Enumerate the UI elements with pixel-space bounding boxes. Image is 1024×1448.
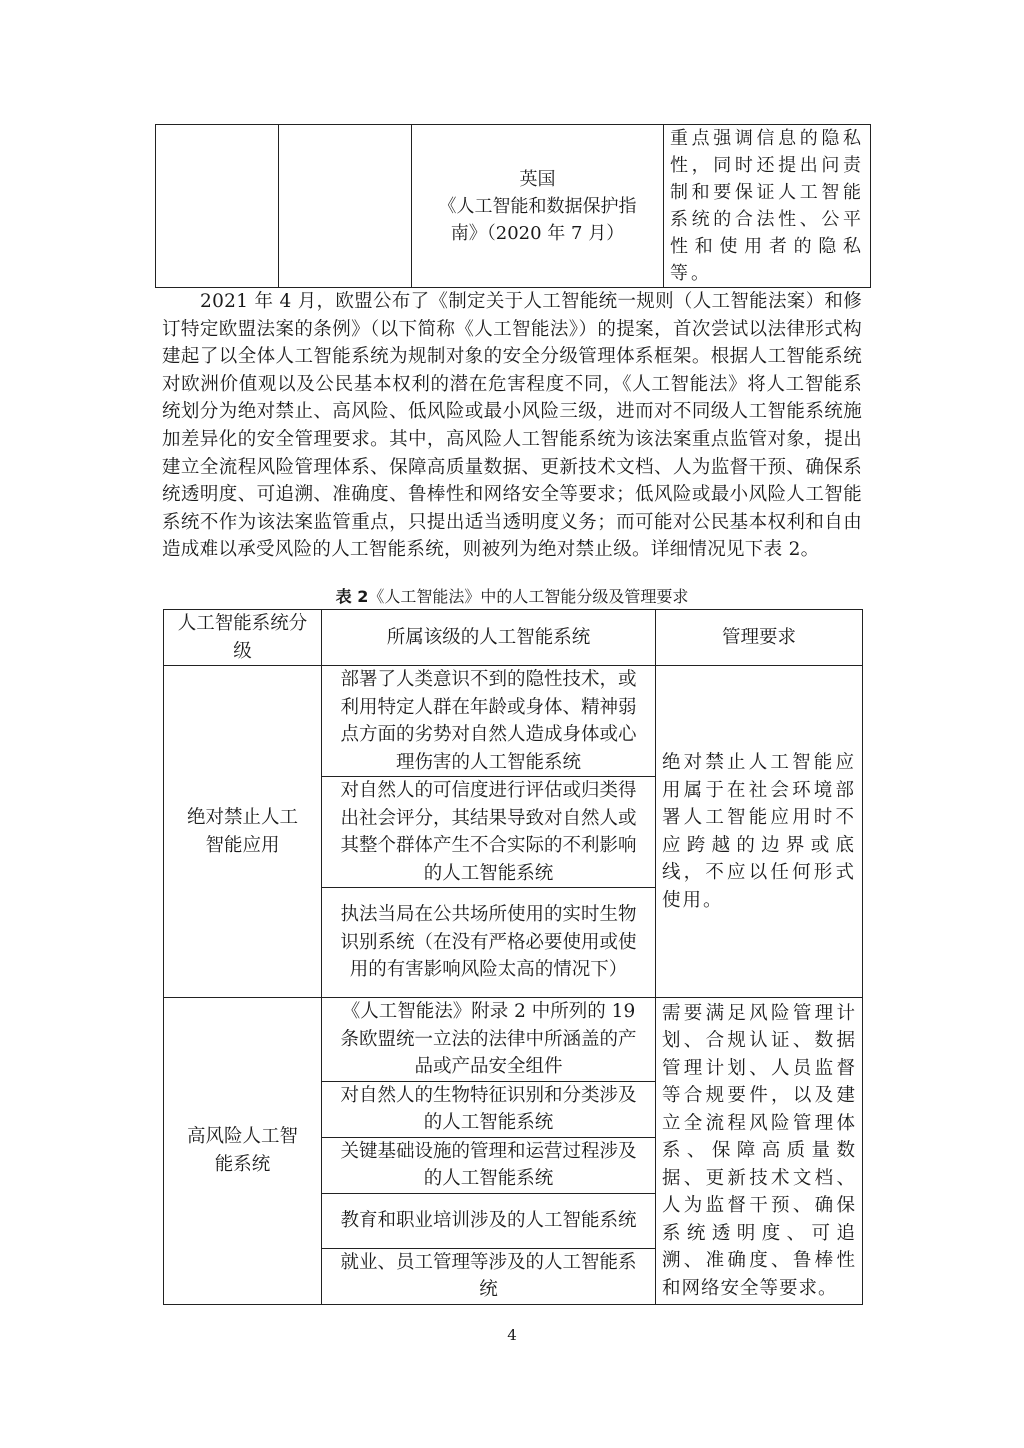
empty-cell	[156, 125, 279, 288]
body-paragraph: 2021 年 4 月，欧盟公布了《制定关于人工智能统一规则（人工智能法案）和修订…	[162, 288, 862, 564]
system-cell: 执法当局在公共场所使用的实时生物识别系统（在没有严格必要使用或使用的有害影响风险…	[322, 888, 656, 998]
document-title-line1: 《人工智能和数据保护指	[412, 193, 663, 220]
document-title-line2: 南》（2020 年 7 月）	[412, 220, 663, 247]
summary-cell: 重点强调信息的隐私性，同时还提出问责制和要保证人工智能系统的合法性、公平性和使用…	[664, 125, 871, 288]
system-cell: 对自然人的生物特征识别和分类涉及的人工智能系统	[322, 1081, 656, 1137]
system-cell: 就业、员工管理等涉及的人工智能系统	[322, 1248, 656, 1304]
caption-text: 《人工智能法》中的人工智能分级及管理要求	[368, 587, 688, 606]
empty-cell	[279, 125, 412, 288]
requirement-cell: 需要满足风险管理计划、合规认证、数据管理计划、人员监督等合规要件，以及建立全流程…	[656, 998, 863, 1305]
system-cell: 对自然人的可信度进行评估或归类得出社会评分，其结果导致对自然人或其整个群体产生不…	[322, 777, 656, 888]
level-cell: 高风险人工智能系统	[164, 998, 322, 1305]
header-systems: 所属该级的人工智能系统	[322, 610, 656, 666]
table-row: 绝对禁止人工智能应用 部署了人类意识不到的隐性技术，或利用特定人群在年龄或身体、…	[164, 666, 863, 777]
caption-prefix: 表 2	[336, 587, 369, 606]
system-cell: 关键基础设施的管理和运营过程涉及的人工智能系统	[322, 1137, 656, 1193]
document-cell: 英国 《人工智能和数据保护指 南》（2020 年 7 月）	[412, 125, 664, 288]
system-cell: 《人工智能法》附录 2 中所列的 19 条欧盟统一立法的法律中所涵盖的产品或产品…	[322, 998, 656, 1082]
requirement-cell: 绝对禁止人工智能应用属于在社会环境部署人工智能应用时不应跨越的边界或底线，不应以…	[656, 666, 863, 998]
level-cell: 绝对禁止人工智能应用	[164, 666, 322, 998]
classification-table: 人工智能系统分级 所属该级的人工智能系统 管理要求 绝对禁止人工智能应用 部署了…	[163, 609, 863, 1305]
page-number: 4	[0, 1326, 1024, 1344]
table-header-row: 人工智能系统分级 所属该级的人工智能系统 管理要求	[164, 610, 863, 666]
system-cell: 部署了人类意识不到的隐性技术，或利用特定人群在年龄或身体、精神弱点方面的劣势对自…	[322, 666, 656, 777]
header-level: 人工智能系统分级	[164, 610, 322, 666]
table-caption: 表 2《人工智能法》中的人工智能分级及管理要求	[162, 586, 862, 608]
country-label: 英国	[412, 166, 663, 193]
header-requirements: 管理要求	[656, 610, 863, 666]
top-table: 英国 《人工智能和数据保护指 南》（2020 年 7 月） 重点强调信息的隐私性…	[155, 124, 871, 288]
system-cell: 教育和职业培训涉及的人工智能系统	[322, 1193, 656, 1248]
table-row: 高风险人工智能系统 《人工智能法》附录 2 中所列的 19 条欧盟统一立法的法律…	[164, 998, 863, 1082]
